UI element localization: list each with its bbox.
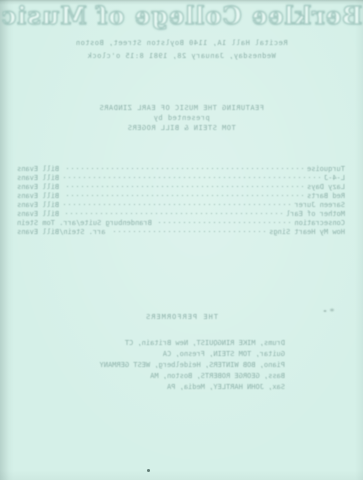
date-line: Wednesday, January 28, 1981 8:15 o'clock — [0, 52, 363, 60]
page-title: Berklee College of Music — [0, 1, 363, 30]
performer-line: Piano, BOB WINTERS, Heidelberg, WEST GER… — [65, 360, 285, 371]
program-row: How My Heart Sings arr. Stein/Bill Evans — [17, 227, 345, 236]
performer-line: Bass, GEORGE ROBERTS, Boston, MA — [65, 371, 285, 382]
piece-credit: Bill Evans — [17, 210, 59, 218]
dotted-leader — [63, 164, 303, 171]
dotted-leader — [156, 218, 291, 225]
piece-credit: Bill Evans — [17, 192, 59, 200]
performers-heading: THE PERFORMERS — [0, 313, 363, 321]
piece-title: Red Barts — [307, 192, 345, 200]
performer-line: Sax, JOHN HARTLEY, Media, PA — [65, 382, 285, 393]
piece-credit: arr. Stein/Bill Evans — [17, 228, 106, 236]
venue-line: Recital Hall 1A, 1140 Boylston Street, B… — [0, 39, 363, 47]
program-row: Lazy Days Bill Evans — [17, 182, 345, 191]
dotted-leader — [63, 191, 303, 198]
piece-title: L-4-J — [324, 174, 345, 182]
performer-line: Drums, MIKE RINGQUIST, New Britain, CT — [65, 338, 285, 349]
piece-title: Turquoise — [307, 165, 345, 173]
bleed-through-mirrored-content: Berklee College of Music Recital Hall 1A… — [0, 0, 363, 480]
program-list: Turquoise Bill Evans L-4-J Bill Evans La… — [17, 164, 345, 236]
pencil-smudge-mark — [322, 306, 336, 315]
piece-credit: Bill Evans — [17, 174, 59, 182]
presenters-line: TOM STEIN & BILL ROGERS — [0, 124, 363, 132]
piece-credit: Bill Evans — [17, 201, 59, 209]
performer-line: Guitar, TOM STEIN, Fresno, CA — [65, 349, 285, 360]
piece-credit: Bill Evans — [17, 165, 59, 173]
piece-title: Sareen Jurer — [294, 201, 345, 209]
program-row: L-4-J Bill Evans — [17, 173, 345, 182]
piece-credit: Bill Evans — [17, 183, 59, 191]
piece-title: Lazy Days — [307, 183, 345, 191]
scanned-program-page: Berklee College of Music Recital Hall 1A… — [0, 0, 363, 480]
piece-title: Mother of Earl — [286, 210, 345, 218]
program-row: Red Barts Bill Evans — [17, 191, 345, 200]
piece-title: How My Heart Sings — [269, 228, 345, 236]
program-row: Mother of Earl Bill Evans — [17, 209, 345, 218]
dotted-leader — [110, 227, 266, 234]
performers-list: Drums, MIKE RINGQUIST, New Britain, CT G… — [65, 338, 285, 393]
piece-title: Consecration — [294, 219, 345, 227]
program-row: Consecration Brandenburg Suite/arr. Tom … — [17, 218, 345, 227]
presented-by-label: presented by — [0, 114, 363, 122]
program-row: Sareen Jurer Bill Evans — [17, 200, 345, 209]
dotted-leader — [63, 182, 303, 189]
dotted-leader — [63, 200, 290, 207]
program-row: Turquoise Bill Evans — [17, 164, 345, 173]
dotted-leader — [63, 209, 282, 216]
ink-dot-mark — [147, 469, 150, 472]
piece-credit: Brandenburg Suite/arr. Tom Stein — [17, 219, 152, 227]
feature-heading: FEATURING THE MUSIC OF EARL ZINDARS — [0, 104, 363, 112]
dotted-leader — [63, 173, 320, 180]
